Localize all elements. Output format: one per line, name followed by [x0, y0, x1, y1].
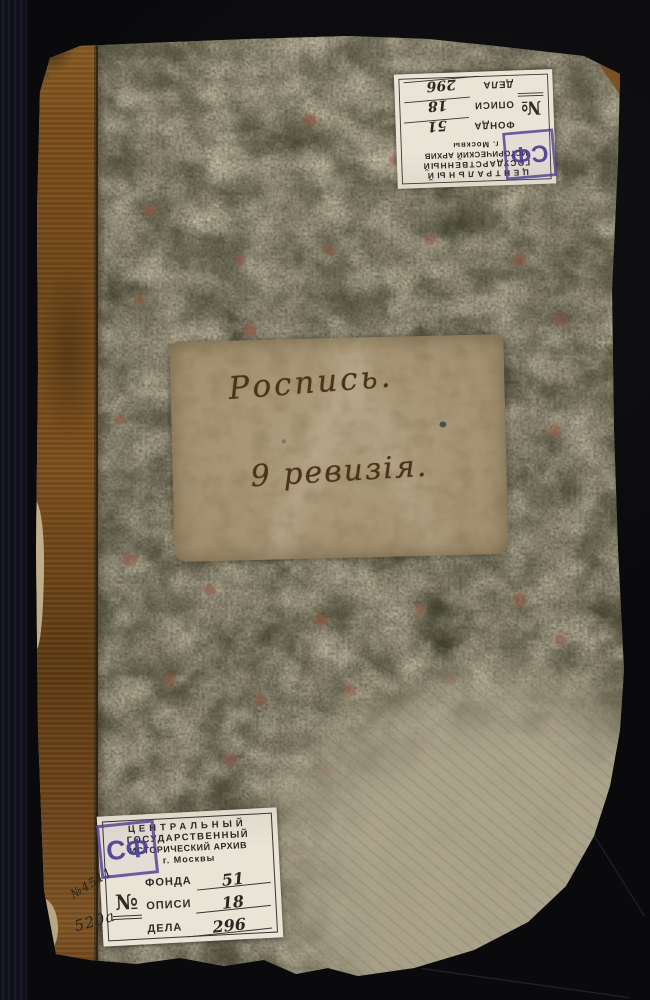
background-crease: [421, 967, 629, 998]
archive-stamp-rows: ФОНДА 51 ОПИСИ 18 ДЕЛА 296: [404, 77, 515, 139]
delo-label: ДЕЛА: [147, 921, 182, 936]
ink-spot: [282, 439, 286, 443]
archive-stamp-label-bottom: ЦЕНТРАЛЬНЫЙ ГОСУДАРСТВЕННЫЙ ИСТОРИЧЕСКИЙ…: [97, 807, 284, 946]
fond-row: ФОНДА 51: [405, 118, 515, 139]
fond-value: 51: [405, 117, 471, 135]
delo-row: ДЕЛА 296: [147, 910, 272, 936]
delo-label: ДЕЛА: [482, 77, 513, 90]
fond-row: ФОНДА 51: [144, 864, 269, 890]
background-fabric-strip: [0, 0, 27, 1000]
delo-value: 296: [404, 76, 480, 95]
photo-background: Роспись. 9 ревизія. ЦЕНТРАЛЬНЫЙ ГОСУДАРС…: [0, 0, 650, 1000]
delo-row: ДЕЛА 296: [404, 77, 514, 98]
opis-value: 18: [404, 97, 471, 115]
archive-stamp-label-top: ЦЕНТРАЛЬНЫЙ ГОСУДАРСТВЕННЫЙ ИСТОРИЧЕСКИЙ…: [394, 69, 556, 189]
handwritten-title-label: Роспись. 9 ревизія.: [169, 334, 508, 562]
book-cover: Роспись. 9 ревизія. ЦЕНТРАЛЬНЫЙ ГОСУДАРС…: [28, 30, 628, 982]
archive-stamp-fields: № ФОНДА 51 ОПИСИ 18 ДЕЛА 296: [404, 76, 545, 139]
sf-control-stamp: СФ: [502, 128, 557, 180]
number-sign: №: [518, 92, 544, 119]
fond-label: ФОНДА: [473, 118, 514, 131]
delo-value: 296: [186, 915, 272, 938]
opis-label: ОПИСИ: [474, 98, 514, 111]
opis-label: ОПИСИ: [146, 898, 192, 913]
archive-stamp-rows: ФОНДА 51 ОПИСИ 18 ДЕЛА 296: [144, 864, 271, 936]
opis-row: ОПИСИ 18: [146, 887, 271, 913]
opis-row: ОПИСИ 18: [404, 98, 514, 119]
fond-label: ФОНДА: [145, 875, 192, 890]
number-sign: №: [112, 889, 142, 920]
